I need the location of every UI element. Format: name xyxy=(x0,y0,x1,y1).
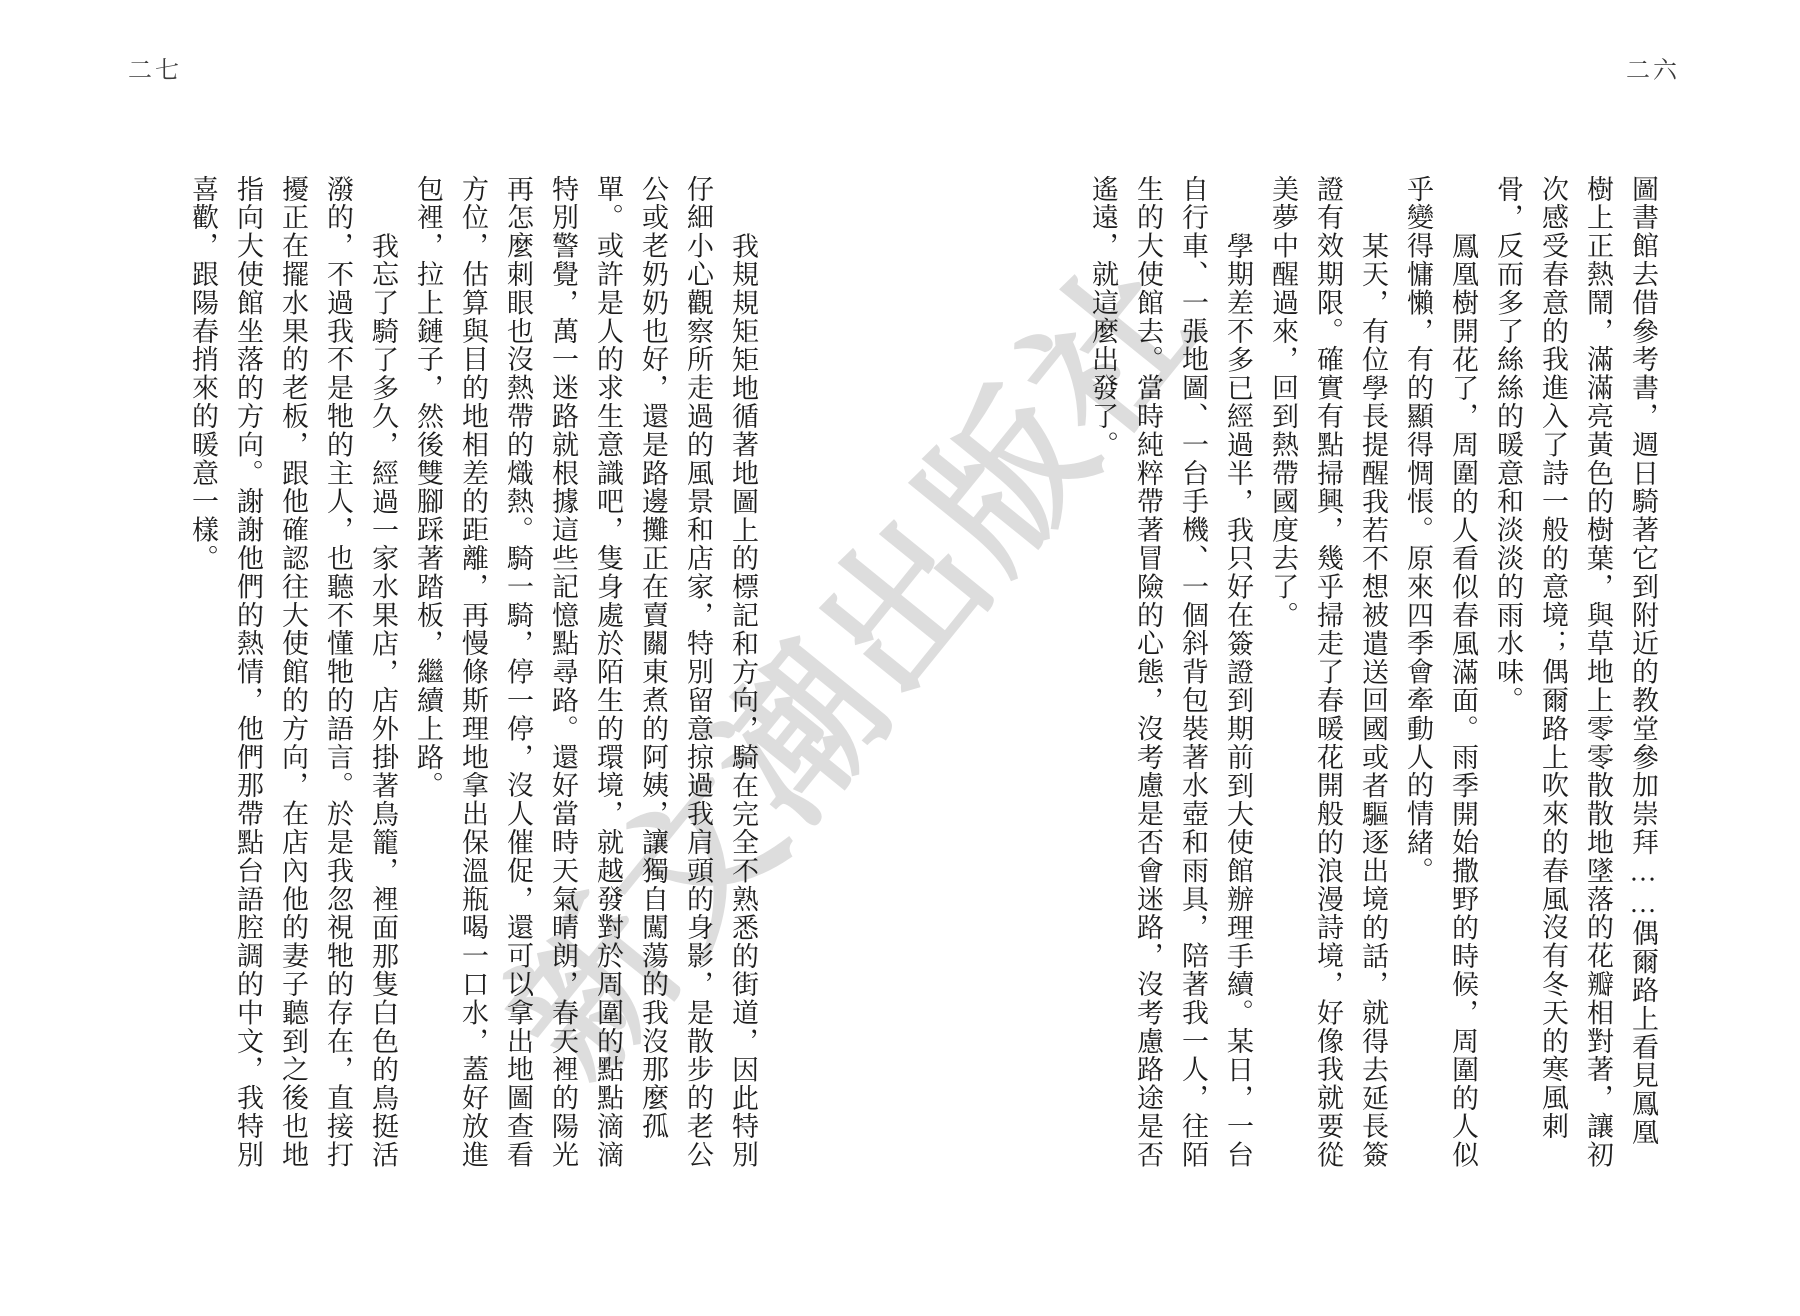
paragraph: 圖書館去借參考書，週日騎著它到附近的教堂參加崇拜……偶爾路上看見鳳凰樹上正熱鬧，… xyxy=(1485,175,1665,1170)
left-page-text-block: 我規規矩矩地循著地圖上的標記和方向，騎在完全不熟悉的街道，因此特別仔細小心觀察所… xyxy=(180,175,765,1170)
paragraph: 鳳凰樹開花了，周圍的人看似春風滿面。雨季開始撒野的時候，周圍的人似乎變得慵懶，有… xyxy=(1395,175,1485,1170)
left-page-number: 二七 xyxy=(128,50,182,85)
paragraph: 某天，有位學長提醒我若不想被遣送回國或者驅逐出境的話，就得去延長簽證有效期限。確… xyxy=(1260,175,1395,1170)
paragraph: 學期差不多已經過半，我只好在簽證到期前到大使館辦理手續。某日，一台自行車、一張地… xyxy=(1080,175,1260,1170)
right-page-number: 二六 xyxy=(1626,50,1680,85)
book-spread: 二七 二六 新文潮出版社 圖書館去借參考書，週日騎著它到附近的教堂參加崇拜……偶… xyxy=(0,0,1800,1316)
paragraph: 我規規矩矩地循著地圖上的標記和方向，騎在完全不熟悉的街道，因此特別仔細小心觀察所… xyxy=(405,175,765,1170)
paragraph: 我忘了騎了多久，經過一家水果店，店外掛著鳥籠，裡面那隻白色的鳥挺活潑的，不過我不… xyxy=(180,175,405,1170)
right-page-text-block: 圖書館去借參考書，週日騎著它到附近的教堂參加崇拜……偶爾路上看見鳳凰樹上正熱鬧，… xyxy=(1080,175,1665,1170)
